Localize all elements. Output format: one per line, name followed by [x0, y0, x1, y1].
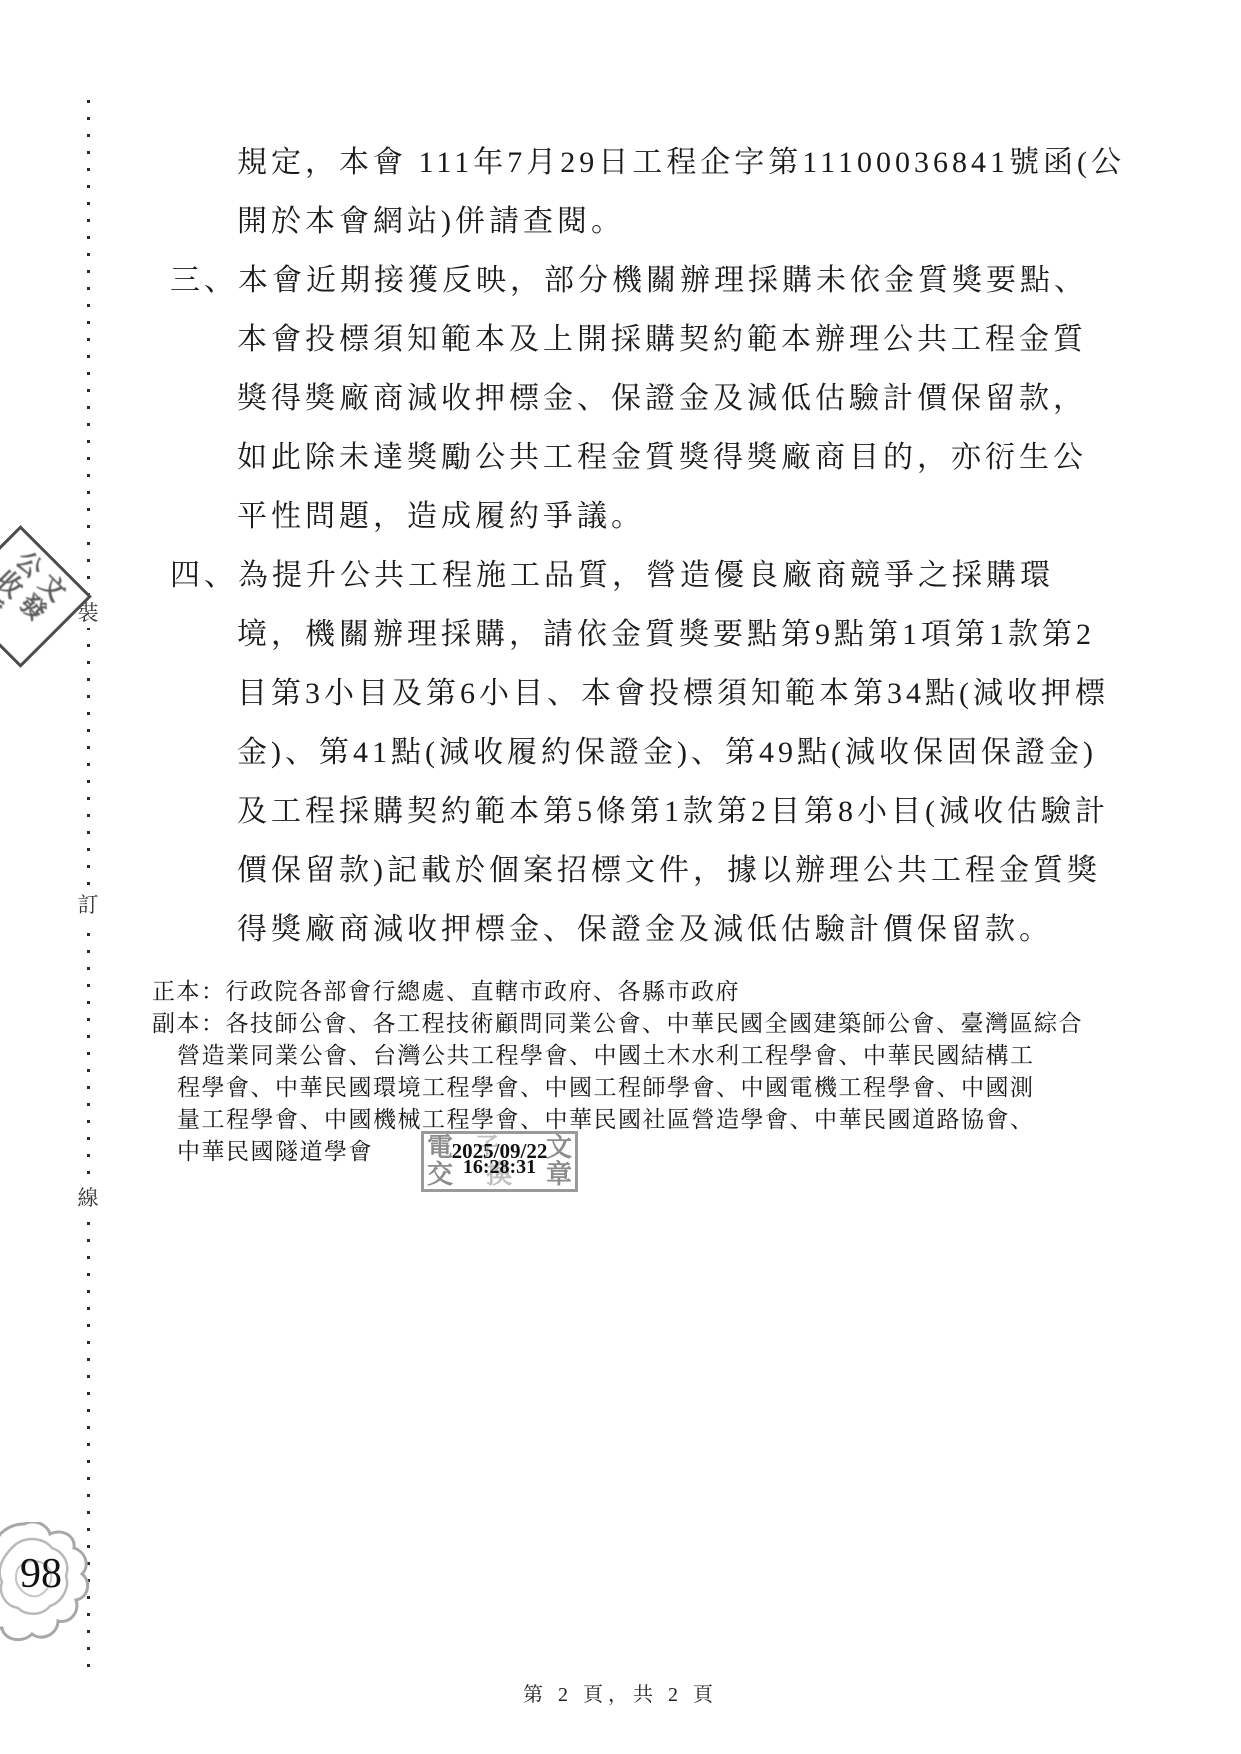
binding-char-xian: 線	[74, 1183, 102, 1213]
binding-char-ding: 訂	[74, 890, 102, 920]
recipient-copy-line: 營造業同業公會、台灣公共工程學會、中國土木水利工程學會、中華民國結構工	[152, 1040, 1083, 1072]
recipient-copy-line: 副本：各技師公會、各工程技術顧問同業公會、中華民國全國建築師公會、臺灣區綜合	[152, 1008, 1083, 1040]
recipient-copy-block: 副本：各技師公會、各工程技術顧問同業公會、中華民國全國建築師公會、臺灣區綜合 營…	[152, 1008, 1083, 1168]
body-line: 價保留款)記載於個案招標文件，據以辦理公共工程金質獎	[170, 841, 1110, 900]
page-number-seal-text: 98	[20, 1550, 62, 1598]
body-line: 規定，本會 111年7月29日工程企字第11100036841號函(公	[170, 133, 1110, 192]
recipient-copy-line: 中華民國隧道學會	[152, 1136, 1083, 1168]
body-line: 及工程採購契約範本第5條第1款第2目第8小目(減收估驗計	[170, 782, 1110, 841]
body-line: 開於本會網站)併請查閱。	[170, 192, 1110, 251]
body-line: 獎得獎廠商減收押標金、保證金及減低估驗計價保留款，	[170, 369, 1110, 428]
binding-dotted-line	[87, 100, 90, 1672]
recipient-original-line: 正本：行政院各部會行總處、直轄市政府、各縣市政府	[152, 976, 740, 1008]
document-page: 裝 訂 線 公 文 收 發 章 規定，本會 111年7月29日工程企字第1110…	[0, 0, 1241, 1754]
body-line-item-4: 四、為提升公共工程施工品質，營造優良廠商競爭之採購環	[170, 546, 1110, 605]
body-line: 得獎廠商減收押標金、保證金及減低估驗計價保留款。	[170, 900, 1110, 959]
corner-diamond-stamp-text: 公 文 收 發 章	[0, 547, 70, 646]
body-line: 本會投標須知範本及上開採購契約範本辦理公共工程金質	[170, 310, 1110, 369]
body-text: 規定，本會 111年7月29日工程企字第11100036841號函(公 開於本會…	[170, 133, 1110, 959]
recipient-copy-line: 量工程學會、中國機械工程學會、中華民國社區營造學會、中華民國道路協會、	[152, 1104, 1083, 1136]
body-line: 金)、第41點(減收履約保證金)、第49點(減收保固保證金)	[170, 723, 1110, 782]
page-footer: 第 2 頁，共 2 頁	[0, 1678, 1241, 1707]
recipient-copy-line: 程學會、中華民國環境工程學會、中國工程師學會、中國電機工程學會、中國測	[152, 1072, 1083, 1104]
body-line-item-3: 三、本會近期接獲反映，部分機關辦理採購未依金質獎要點、	[170, 251, 1110, 310]
exchange-stamp-time: 16:28:31	[424, 1156, 575, 1179]
body-line: 平性問題，造成履約爭議。	[170, 487, 1110, 546]
corner-diamond-stamp: 公 文 收 發 章	[0, 525, 92, 668]
body-line: 目第3小目及第6小目、本會投標須知範本第34點(減收押標	[170, 664, 1110, 723]
body-line: 如此除未達獎勵公共工程金質獎得獎廠商目的，亦衍生公	[170, 428, 1110, 487]
electronic-exchange-stamp: 電 文 交 章 子 換 2025/09/22 16:28:31	[421, 1131, 578, 1192]
body-line: 境，機關辦理採購，請依金質獎要點第9點第1項第1款第2	[170, 605, 1110, 664]
